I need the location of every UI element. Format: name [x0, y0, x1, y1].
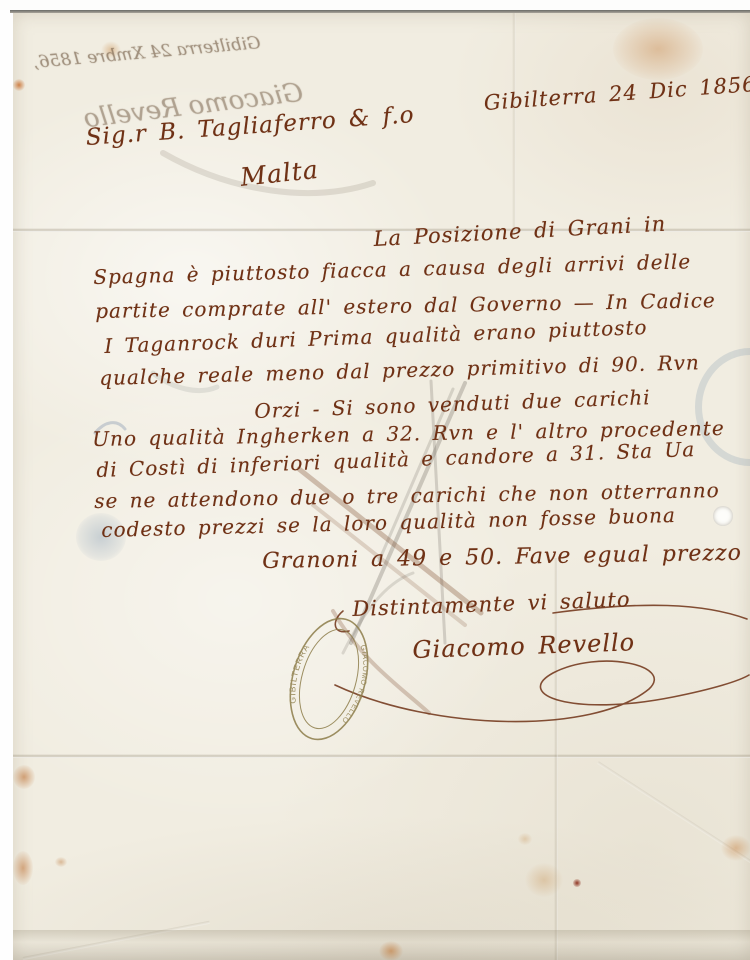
scanner-background-left	[0, 0, 13, 960]
signature-flourish	[13, 13, 750, 960]
scanned-letter: Gibilterra 24 Xmbre 1856, Giacomo Revell…	[0, 0, 750, 960]
letter-paper: Gibilterra 24 Xmbre 1856, Giacomo Revell…	[13, 13, 750, 960]
scanner-background-top	[0, 0, 750, 10]
stamp-text-left: GIBILTERRA	[281, 641, 314, 707]
